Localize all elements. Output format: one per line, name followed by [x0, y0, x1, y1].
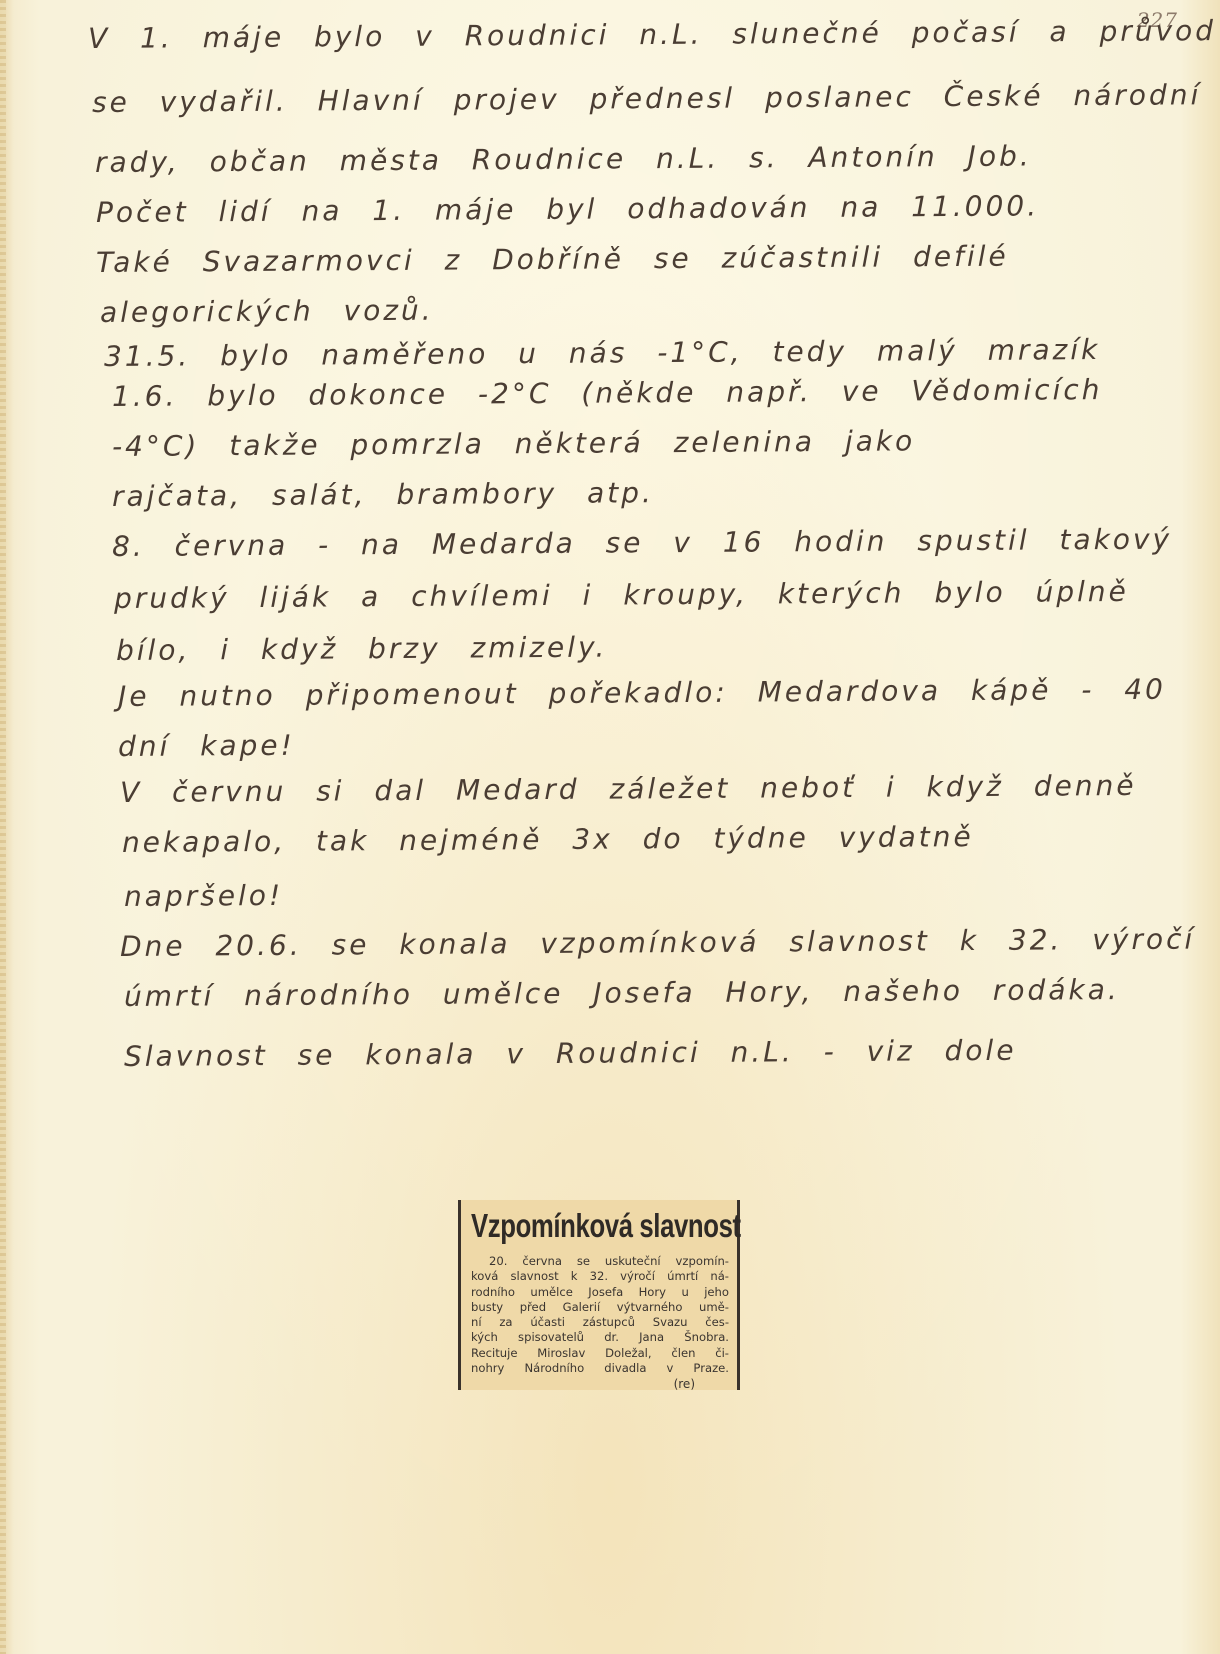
- handwritten-line: se vydařil. Hlavní projev přednesl posla…: [92, 78, 1202, 119]
- binding-edge: [0, 0, 6, 1654]
- handwritten-line: bílo, i když brzy zmizely.: [116, 631, 608, 667]
- handwritten-line: Také Svazarmovci z Dobříně se zúčastnili…: [96, 240, 1009, 279]
- handwritten-line: Dne 20.6. se konala vzpomínková slavnost…: [120, 922, 1195, 963]
- clipping-body: 20. června se uskuteční vzpomín- ková sl…: [471, 1254, 729, 1376]
- clipping-line: kých spisovatelů dr. Jana Šnobra.: [471, 1330, 729, 1345]
- newspaper-clipping: Vzpomínková slavnost 20. června se uskut…: [458, 1200, 740, 1390]
- clipping-line: ní za účasti zástupců Svazu čes-: [471, 1315, 729, 1330]
- clipping-line: ková slavnost k 32. výročí úmrtí ná-: [471, 1269, 729, 1284]
- handwritten-line: rady, občan města Roudnice n.L. s. Anton…: [95, 139, 1032, 179]
- handwritten-line: -4°C) takže pomrzla některá zelenina jak…: [112, 424, 915, 463]
- handwritten-line: úmrtí národního umělce Josefa Hory, naše…: [124, 973, 1120, 1013]
- handwritten-line: V červnu si dal Medard záležet neboť i k…: [120, 769, 1137, 809]
- handwritten-line: Počet lidí na 1. máje byl odhadován na 1…: [96, 189, 1039, 229]
- notebook-page: 227 V 1. máje bylo v Roudnici n.L. slune…: [0, 0, 1220, 1654]
- handwritten-line: dní kape!: [118, 729, 295, 763]
- clipping-line: nohry Národního divadla v Praze.: [471, 1361, 729, 1376]
- handwritten-line: Je nutno připomenout pořekadlo: Medardov…: [118, 673, 1166, 713]
- handwritten-line: Slavnost se konala v Roudnici n.L. - viz…: [124, 1034, 1017, 1073]
- handwritten-line: 8. června - na Medarda se v 16 hodin spu…: [112, 523, 1172, 563]
- handwritten-line: V 1. máje bylo v Roudnici n.L. slunečné …: [88, 14, 1216, 55]
- clipping-line: busty před Galerií výtvarného umě-: [471, 1300, 729, 1315]
- handwritten-line: nekapalo, tak nejméně 3x do týdne vydatn…: [122, 820, 974, 859]
- handwritten-line: prudký liják a chvílemi i kroupy, kterýc…: [114, 575, 1129, 615]
- clipping-signature: (re): [471, 1377, 729, 1391]
- handwritten-line: 31.5. bylo naměřeno u nás -1°C, tedy mal…: [104, 333, 1101, 373]
- handwritten-line: alegorických vozů.: [100, 294, 434, 329]
- clipping-line: Recituje Miroslav Doležal, člen či-: [471, 1346, 729, 1361]
- handwritten-line: 1.6. bylo dokonce -2°C (někde např. ve V…: [112, 373, 1103, 413]
- handwritten-line: rajčata, salát, brambory atp.: [112, 476, 654, 513]
- clipping-headline: Vzpomínková slavnost: [471, 1204, 672, 1248]
- handwritten-line: napršelo!: [124, 879, 283, 913]
- clipping-line: rodního umělce Josefa Hory u jeho: [471, 1285, 729, 1300]
- clipping-line: 20. června se uskuteční vzpomín-: [471, 1254, 729, 1269]
